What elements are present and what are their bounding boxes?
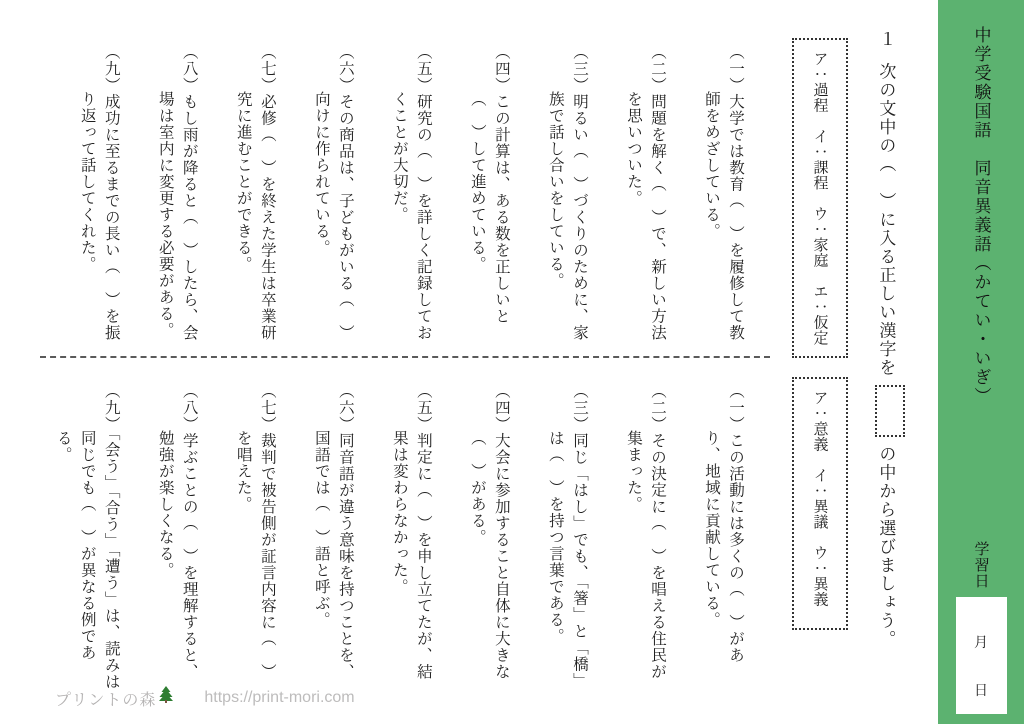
worksheet-page: （一）大学では教育（ ）を履修して教師をめざしている。 （二）問題を解く（ ）で… [0, 0, 1024, 724]
question-item: （六）同音語が違う意味を持つことを、国語では（ ）語と呼ぶ。 [309, 383, 357, 693]
footer: プリントの森 https://print-mori.com [55, 686, 355, 710]
question-number: （三） [571, 44, 588, 94]
question-item: （二）その決定に（ ）を唱える住民が集まった。 [621, 383, 669, 693]
title-bar: 中学受験国語 同音異義語（かてい・いぎ） 学習日 月 日 [938, 0, 1024, 724]
question-item: （八）学ぶことの（ ）を理解すると、勉強が楽しくなる。 [153, 383, 201, 693]
question-band-katei: （一）大学では教育（ ）を履修して教師をめざしている。 （二）問題を解く（ ）で… [55, 44, 747, 354]
question-text: 成功に至るまでの長い（ ）を振り返って話してくれた。 [79, 91, 120, 342]
question-item: （七）必修（ ）を終えた学生は卒業研究に進むことができる。 [231, 44, 279, 354]
question-item: （一）大学では教育（ ）を履修して教師をめざしている。 [699, 44, 747, 354]
question-text: 大学では教育（ ）を履修して教師をめざしている。 [703, 91, 744, 342]
tree-icon [158, 686, 174, 708]
question-item: （六）その商品は、子どもがいる（ ）向けに作られている。 [309, 44, 357, 354]
question-item: （一）この活動には多くの（ ）があり、地域に貢献している。 [699, 383, 747, 693]
options-text-igi: ア：意義 イ：異議 ウ：異義 [810, 390, 831, 607]
question-number: （一） [727, 44, 744, 94]
question-item: （四）この計算は、ある数を正しいと（ ）して進めている。 [465, 44, 513, 354]
question-text: 必修（ ）を終えた学生は卒業研究に進むことができる。 [235, 91, 276, 342]
question-number: （二） [649, 44, 666, 94]
question-number: （八） [181, 44, 198, 94]
question-number: （九） [103, 44, 120, 94]
question-text: その決定に（ ）を唱える住民が集まった。 [625, 430, 666, 681]
question-number: （六） [337, 44, 354, 94]
question-item: （四）大会に参加すること自体に大きな（ ）がある。 [465, 383, 513, 693]
options-text-katei: ア：過程 イ：課程 ウ：家庭 エ：仮定 [810, 51, 831, 346]
question-text: その商品は、子どもがいる（ ）向けに作られている。 [313, 91, 354, 342]
site-url: https://print-mori.com [204, 689, 354, 707]
problem-number: １ [876, 30, 895, 49]
question-text: 「会う」「合う」「遭う」は、読みは同じでも（ ）が異なる例である。 [55, 430, 120, 690]
question-number: （四） [493, 44, 510, 94]
choice-box-placeholder [875, 385, 905, 437]
question-item: （九）成功に至るまでの長い（ ）を振り返って話してくれた。 [75, 44, 123, 354]
question-item: （五）判定に（ ）を申し立てたが、結果は変わらなかった。 [387, 383, 435, 693]
question-text: 学ぶことの（ ）を理解すると、勉強が楽しくなる。 [157, 430, 198, 681]
question-item: （三）同じ「はし」でも、「箸」と「橋」は（ ）を持つ言葉である。 [543, 383, 591, 693]
options-box-katei: ア：過程 イ：課程 ウ：家庭 エ：仮定 [792, 38, 848, 358]
question-text: この計算は、ある数を正しいと（ ）して進めている。 [469, 91, 510, 325]
instruction-text-pre: 次の文中の（ ）に入る正しい漢字を [876, 63, 895, 378]
question-item: （五）研究の（ ）を詳しく記録しておくことが大切だ。 [387, 44, 435, 354]
question-number: （三） [571, 383, 588, 433]
month-label: 月 [974, 632, 988, 652]
question-number: （五） [415, 44, 432, 94]
options-box-igi: ア：意義 イ：異議 ウ：異義 [792, 377, 848, 630]
question-text: 同音語が違う意味を持つことを、国語では（ ）語と呼ぶ。 [313, 430, 354, 681]
question-number: （五） [415, 383, 432, 433]
question-number: （一） [727, 383, 744, 433]
question-number: （六） [337, 383, 354, 433]
question-text: もし雨が降ると（ ）したら、会場は室内に変更する必要がある。 [157, 91, 198, 342]
question-text: 研究の（ ）を詳しく記録しておくことが大切だ。 [391, 91, 432, 342]
question-text: 大会に参加すること自体に大きな（ ）がある。 [469, 430, 510, 681]
question-number: （八） [181, 383, 198, 433]
question-text: 判定に（ ）を申し立てたが、結果は変わらなかった。 [391, 430, 432, 681]
date-box: 月 日 [956, 597, 1007, 714]
question-number: （二） [649, 383, 666, 433]
question-number: （四） [493, 383, 510, 433]
question-text: この活動には多くの（ ）があり、地域に貢献している。 [703, 430, 744, 664]
study-date-label: 学習日 [971, 541, 992, 589]
instruction-column: １次の文中の（ ）に入る正しい漢字をの中から選びましょう。 [864, 30, 910, 692]
site-name: プリントの森 [55, 687, 156, 710]
question-item: （九）「会う」「合う」「遭う」は、読みは同じでも（ ）が異なる例である。 [55, 383, 123, 693]
question-item: （三）明るい（ ）づくりのために、家族で話し合いをしている。 [543, 44, 591, 354]
question-item: （七）裁判で被告側が証言内容に（ ）を唱えた。 [231, 383, 279, 693]
question-text: 問題を解く（ ）で、新しい方法を思いついた。 [625, 91, 666, 342]
day-label: 日 [974, 680, 988, 700]
question-number: （七） [259, 383, 276, 433]
question-band-igi: （一）この活動には多くの（ ）があり、地域に貢献している。 （二）その決定に（ … [55, 383, 747, 693]
question-text: 裁判で被告側が証言内容に（ ）を唱えた。 [235, 430, 276, 681]
section-divider [40, 356, 770, 358]
question-text: 明るい（ ）づくりのために、家族で話し合いをしている。 [547, 91, 588, 342]
question-number: （七） [259, 44, 276, 94]
instruction-text-post: の中から選びましょう。 [876, 445, 895, 649]
question-text: 同じ「はし」でも、「箸」と「橋」は（ ）を持つ言葉である。 [547, 430, 588, 689]
question-item: （二）問題を解く（ ）で、新しい方法を思いついた。 [621, 44, 669, 354]
worksheet-title: 中学受験国語 同音異義語（かてい・いぎ） [969, 26, 994, 406]
question-number: （九） [103, 383, 120, 433]
question-item: （八）もし雨が降ると（ ）したら、会場は室内に変更する必要がある。 [153, 44, 201, 354]
